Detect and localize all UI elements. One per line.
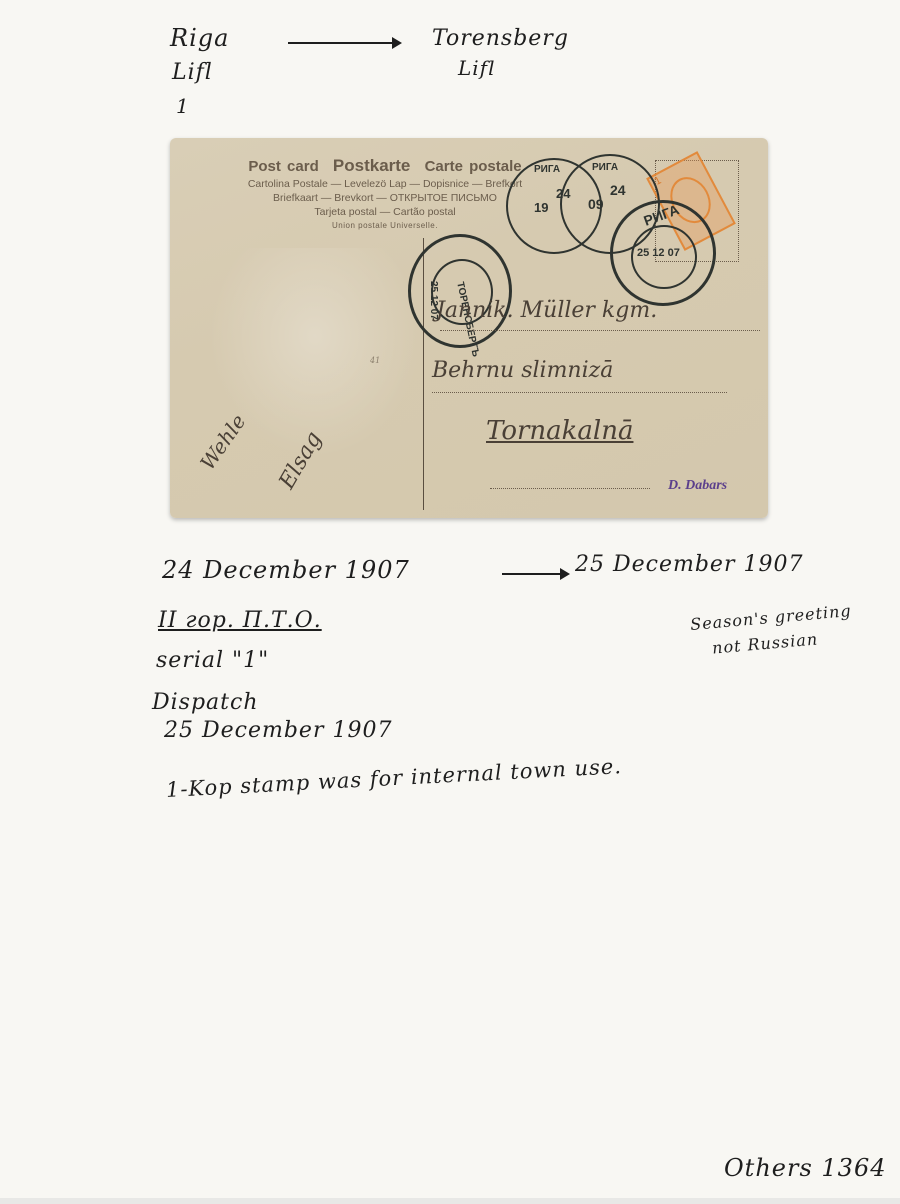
dispatch-label: Dispatch: [152, 690, 259, 715]
header-fr: Carte postale: [425, 158, 522, 175]
handstamp-dabars: D. Dabars: [668, 478, 727, 494]
destination-province: Lifl: [458, 56, 495, 80]
date-arrow-icon: [502, 573, 568, 575]
postmark-year: 09: [588, 196, 604, 212]
postmark-day: 24: [610, 182, 626, 198]
greeting-note-2: not Russian: [711, 629, 818, 657]
postmark-city: РИГА: [592, 162, 618, 173]
postmark-riga-3: РИГА 25 12 07: [610, 200, 716, 306]
address-rule-1: [440, 330, 760, 331]
stamp-note: 1-Kop stamp was for internal town use.: [165, 754, 622, 802]
destination-city: Torensberg: [432, 26, 569, 51]
date-arrival: 25 December 1907: [575, 552, 803, 577]
page-edge: [0, 1198, 900, 1204]
address-line-1: Jannik. Müller kgm.: [436, 298, 657, 323]
page-id: Others 1364: [724, 1154, 886, 1182]
postcard: Post card Postkarte Carte postale Cartol…: [170, 138, 768, 518]
header-en: Post card: [248, 158, 318, 175]
serial-note: serial "1": [156, 648, 269, 673]
greeting-note-1: Season's greeting: [689, 601, 852, 634]
address-rule-2: [432, 392, 727, 393]
date-sent: 24 December 1907: [162, 556, 410, 584]
postmark-year: 19: [534, 200, 548, 215]
origin-city: Riga: [170, 24, 229, 52]
header-de: Postkarte: [333, 156, 410, 175]
address-rule-3: [490, 488, 650, 489]
route-arrow-icon: [288, 42, 400, 44]
dispatch-date: 25 December 1907: [164, 718, 392, 743]
address-line-2: Behrnu slimnizā: [432, 358, 613, 383]
origin-number: 1: [176, 94, 190, 118]
pencil-mark: 41: [370, 356, 380, 365]
postmark-date: 25 12 07: [637, 247, 680, 259]
address-line-3: Tornakalnā: [486, 416, 633, 446]
origin-province: Lifl: [172, 60, 213, 85]
postmark-city: РИГА: [534, 164, 560, 175]
post-office: II гор. П.Т.О.: [158, 608, 322, 633]
